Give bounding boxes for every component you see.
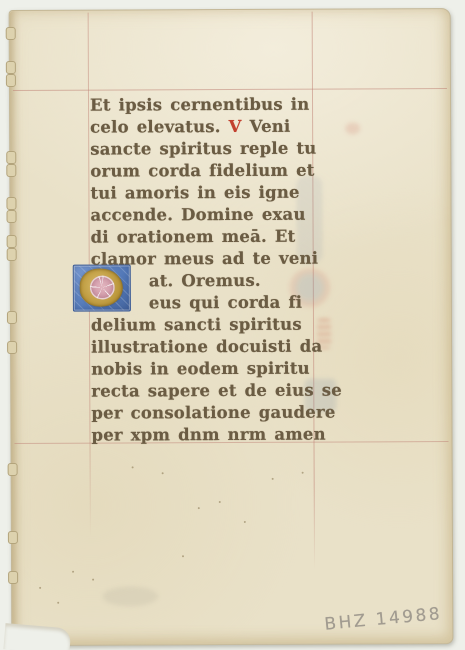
text-segment: clamor meus ad te veni [91, 249, 319, 269]
stain-speck [72, 571, 74, 573]
binding-edge [10, 11, 24, 645]
binding-notch [7, 235, 17, 248]
text-line: per xpm dnm nrm amen [91, 423, 347, 446]
text-segment: nobis in eodem spiritu [91, 359, 310, 379]
binding-notch [8, 571, 18, 584]
text-segment: di orationem meā. Et [91, 227, 296, 247]
photo-background: Et ipsis cernentibus incelo elevatus. V … [0, 0, 465, 650]
text-line: nobis in eodem spiritu [91, 357, 347, 380]
text-segment: orum corda fidelium et [90, 161, 314, 181]
binding-notch [8, 463, 18, 476]
stain-speck [92, 579, 94, 581]
text-segment: delium sancti spiritus [91, 315, 302, 335]
binding-notch [7, 311, 17, 324]
text-segment: at. Oremus. [149, 271, 261, 290]
text-line: orum corda fidelium et [90, 159, 346, 182]
stain-speck [244, 521, 246, 523]
text-line: per consolatione gaudere [91, 401, 347, 424]
corner-chip [3, 623, 71, 650]
binding-notch [6, 61, 16, 74]
stain-speck [182, 555, 184, 557]
binding-notch [6, 210, 16, 223]
text-segment: Veni [242, 117, 291, 136]
binding-notch [6, 74, 16, 87]
text-line: tui amoris in eis igne [90, 181, 346, 204]
stain-speck [219, 501, 221, 503]
text-segment: sancte spiritus reple tu [90, 139, 316, 159]
text-segment: per consolatione gaudere [91, 403, 335, 423]
stain-speck [272, 478, 274, 480]
binding-notch [7, 341, 17, 354]
text-segment: tui amoris in eis igne [90, 183, 299, 203]
text-line: di orationem meā. Et [91, 225, 347, 248]
text-line: accende. Domine exau [90, 203, 346, 226]
stain-speck [302, 472, 304, 474]
text-line: celo elevatus. V Veni [90, 115, 346, 138]
text-segment: Et ipsis cernentibus in [90, 95, 309, 115]
text-line: at. Oremus. [91, 269, 347, 292]
ruling-line-top [13, 88, 447, 91]
binding-notch [6, 164, 16, 177]
stain-speck [39, 587, 41, 589]
manuscript-leaf: Et ipsis cernentibus incelo elevatus. V … [9, 8, 454, 646]
catalog-inscription: BHZ 14988 [324, 604, 443, 635]
versicle-mark: V [229, 117, 242, 136]
binding-notch [7, 248, 17, 261]
text-segment: celo elevatus. [90, 117, 229, 137]
binding-notch [6, 197, 16, 210]
text-segment: recta sapere et de eius se [91, 381, 342, 401]
offset-smudge-dash [345, 122, 360, 134]
binding-notch [8, 531, 18, 544]
text-line: delium sancti spiritus [91, 313, 347, 336]
stain-speck [162, 472, 164, 474]
text-block: Et ipsis cernentibus incelo elevatus. V … [90, 93, 348, 446]
text-line: sancte spiritus reple tu [90, 137, 346, 160]
show-through-mark [102, 586, 158, 606]
binding-notch [6, 27, 16, 40]
binding-notch [6, 151, 16, 164]
text-segment: illustratione docuisti da [91, 337, 322, 357]
text-line: illustratione docuisti da [91, 335, 347, 358]
text-segment: accende. Domine exau [90, 205, 305, 225]
text-line: eus qui corda fi [91, 291, 347, 314]
stain-speck [198, 507, 200, 509]
stain-speck [57, 602, 59, 604]
text-line: clamor meus ad te veni [91, 247, 347, 270]
text-segment: eus qui corda fi [149, 293, 302, 313]
text-segment: per xpm dnm nrm amen [91, 425, 325, 445]
stain-speck [132, 466, 134, 468]
text-line: recta sapere et de eius se [91, 379, 347, 402]
text-line: Et ipsis cernentibus in [90, 93, 346, 116]
